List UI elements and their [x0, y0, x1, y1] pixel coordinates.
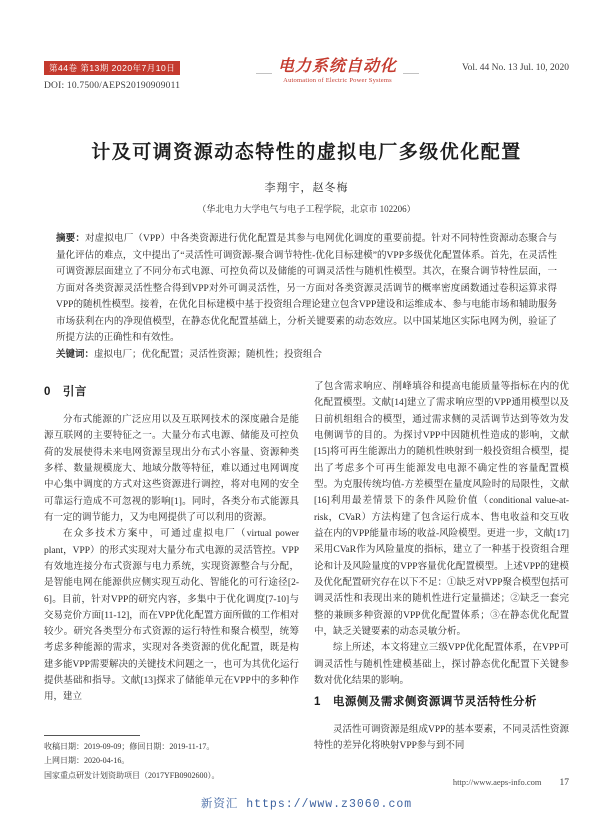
- keywords-line: 关键词：虚拟电厂；优化配置；灵活性资源；随机性；投资组合: [56, 347, 557, 364]
- paper-page: 第44卷 第13期 2020年7月10日 DOI: 10.7500/AEPS20…: [0, 0, 613, 825]
- abstract-paragraph: 摘要：对虚拟电厂（VPP）中各类资源进行优化配置是其参与电网优化调度的重要前提。…: [56, 231, 557, 347]
- header-rule-left: [256, 73, 272, 74]
- section-heading-intro: 0 引言: [44, 383, 299, 403]
- doi-text: DOI: 10.7500/AEPS20190909011: [44, 81, 256, 91]
- body-columns: 0 引言 分布式能源的广泛应用以及互联网技术的深度融合是能源互联网的主要特征之一…: [44, 379, 569, 783]
- volume-info: Vol. 44 No. 13 Jul. 10, 2020: [419, 58, 569, 73]
- header-left-block: 第44卷 第13期 2020年7月10日 DOI: 10.7500/AEPS20…: [44, 58, 256, 91]
- header-center-block: 电力系统自动化 Automation of Electric Power Sys…: [256, 58, 419, 84]
- page-number: 17: [560, 778, 570, 788]
- body-paragraph-summary: 综上所述，本文将建立三级VPP优化配置体系，在VPP可调灵活性与随机性建模基础上…: [314, 640, 569, 689]
- intro-paragraph-1: 分布式能源的广泛应用以及互联网技术的深度融合是能源互联网的主要特征之一。大量分布…: [44, 412, 299, 526]
- section1-paragraph-1: 灵活性可调资源是组成VPP的基本要素，不同灵活性资源特性的差异化将映射VPP参与…: [314, 722, 569, 755]
- journal-subtitle: Automation of Electric Power Systems: [278, 77, 397, 84]
- paper-title: 计及可调资源动态特性的虚拟电厂多级优化配置: [0, 137, 613, 164]
- footnote-funding: 国家重点研发计划资助项目（2017YFB0902600）。: [44, 769, 299, 783]
- footer-url[interactable]: http://www.aeps-info.com: [453, 777, 542, 787]
- authors: 李翔宇，赵冬梅: [0, 179, 613, 195]
- intro-paragraph-2: 在众多技术方案中，可通过虚拟电厂（virtual power plant，VPP…: [44, 526, 299, 706]
- abstract-label: 摘要：: [56, 233, 85, 244]
- journal-logo: 电力系统自动化: [278, 58, 397, 76]
- abstract-block: 摘要：对虚拟电厂（VPP）中各类资源进行优化配置是其参与电网优化调度的重要前提。…: [56, 231, 557, 363]
- left-column: 0 引言 分布式能源的广泛应用以及互联网技术的深度融合是能源互联网的主要特征之一…: [44, 379, 299, 783]
- footnote-rule: [44, 735, 140, 736]
- affiliation: （华北电力大学电气与电子工程学院，北京市 102206）: [0, 202, 613, 215]
- issue-strip: 第44卷 第13期 2020年7月10日: [44, 61, 180, 75]
- footnote-online-date: 上网日期：2020-04-16。: [44, 754, 299, 768]
- journal-logo-stack: 电力系统自动化 Automation of Electric Power Sys…: [272, 58, 403, 84]
- header-rule-right: [403, 73, 419, 74]
- footer-line: http://www.aeps-info.com17: [453, 777, 569, 788]
- abstract-text: 对虚拟电厂（VPP）中各类资源进行优化配置是其参与电网优化调度的重要前提。针对不…: [56, 234, 557, 343]
- right-column: 了包含需求响应、削峰填谷和提高电能质量等指标在内的优化配置模型。文献[14]建立…: [314, 379, 569, 783]
- body-paragraph-continuation: 了包含需求响应、削峰填谷和提高电能质量等指标在内的优化配置模型。文献[14]建立…: [314, 379, 569, 640]
- footnote-received-date: 收稿日期：2019-09-09；修回日期：2019-11-17。: [44, 740, 299, 754]
- keywords-text: 虚拟电厂；优化配置；灵活性资源；随机性；投资组合: [94, 350, 322, 360]
- journal-header: 第44卷 第13期 2020年7月10日 DOI: 10.7500/AEPS20…: [44, 58, 569, 91]
- section-heading-1: 1 电源侧及需求侧资源调节灵活特性分析: [314, 693, 569, 713]
- keywords-label: 关键词：: [56, 349, 94, 360]
- footnote-block: 收稿日期：2019-09-09；修回日期：2019-11-17。 上网日期：20…: [44, 729, 299, 783]
- watermark-link[interactable]: 新资汇 https://www.z3060.com: [0, 795, 613, 811]
